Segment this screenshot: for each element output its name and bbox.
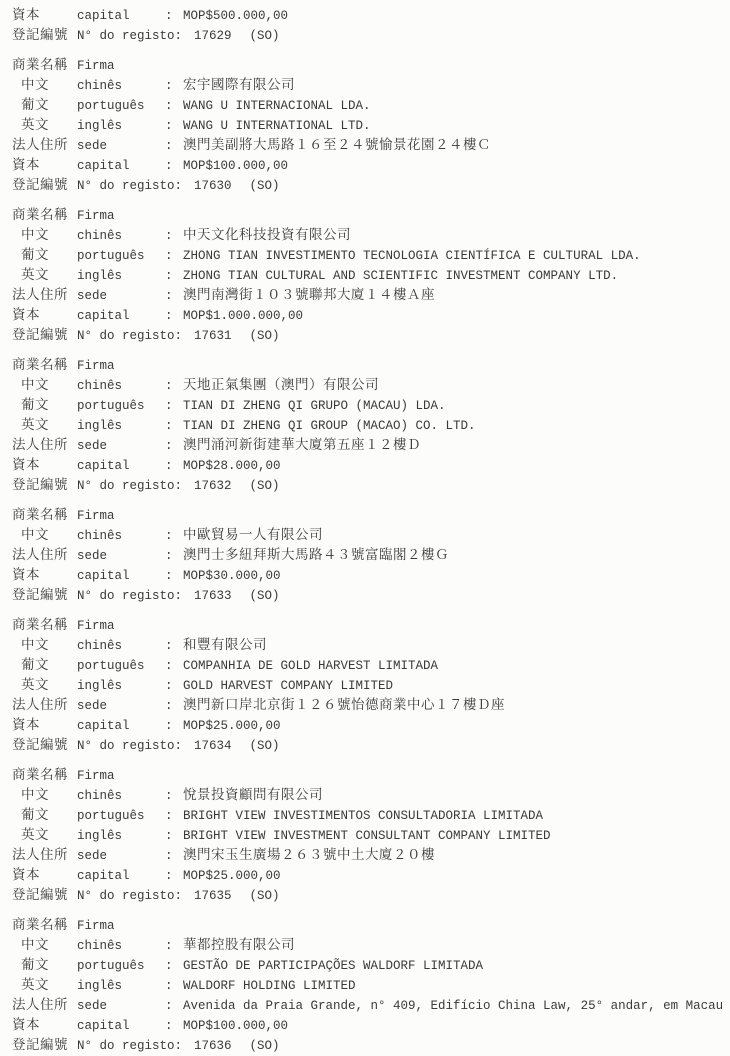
chinese-name-value: 中歐貿易一人有限公司 [183, 527, 724, 547]
english-label-zh: 英文 [12, 977, 77, 997]
sede-label-pt: sede [77, 696, 165, 716]
colon: : [165, 636, 183, 656]
portuguese-name-row: 葡文 português : GESTÃO DE PARTICIPAÇÕES W… [12, 956, 724, 976]
english-label-pt: inglês [77, 826, 165, 846]
capital-label-zh: 資本 [12, 457, 77, 477]
colon: : [165, 456, 183, 476]
chinese-name-value: 華都控股有限公司 [183, 937, 724, 957]
capital-row: 資本 capital : MOP$1.000.000,00 [12, 306, 724, 326]
portuguese-name-row: 葡文 português : WANG U INTERNACIONAL LDA. [12, 96, 724, 116]
capital-value: MOP$25.000,00 [183, 866, 724, 886]
english-name-row: 英文 inglês : ZHONG TIAN CULTURAL AND SCIE… [12, 266, 724, 286]
portuguese-label-zh: 葡文 [12, 807, 77, 827]
firma-row: 商業名稱 Firma [12, 766, 724, 786]
english-name-value: ZHONG TIAN CULTURAL AND SCIENTIFIC INVES… [183, 266, 724, 286]
capital-label-zh: 資本 [12, 7, 77, 27]
english-name-value: TIAN DI ZHENG QI GROUP (MACAO) CO. LTD. [183, 416, 724, 436]
colon: : [165, 416, 183, 436]
colon: : [165, 716, 183, 736]
registo-label-zh: 登記編號 [12, 27, 77, 47]
registo-row: 登記編號 N° do registo: 17629 (SO) [12, 26, 724, 46]
entry-block: 商業名稱 Firma 中文 chinês : 悅景投資顧問有限公司 葡文 por… [12, 766, 724, 906]
registo-number: 17632 [194, 476, 232, 496]
sede-row: 法人住所 sede : 澳門南灣街１０３號聯邦大廈１４樓Ａ座 [12, 286, 724, 306]
registo-label-pt: N° do registo: [77, 586, 182, 606]
portuguese-name-value: BRIGHT VIEW INVESTIMENTOS CONSULTADORIA … [183, 806, 724, 826]
chinese-label-zh: 中文 [12, 227, 77, 247]
chinese-label-zh: 中文 [12, 787, 77, 807]
firma-label-zh: 商業名稱 [12, 617, 77, 637]
english-name-value: WALDORF HOLDING LIMITED [183, 976, 724, 996]
sede-row: 法人住所 sede : 澳門士多紐拜斯大馬路４３號富臨閣２樓Ｇ [12, 546, 724, 566]
colon: : [165, 1016, 183, 1036]
firma-row: 商業名稱 Firma [12, 56, 724, 76]
firma-label-zh: 商業名稱 [12, 57, 77, 77]
portuguese-label-pt: português [77, 656, 165, 676]
capital-row: 資本 capital : MOP$500.000,00 [12, 6, 724, 26]
english-name-row: 英文 inglês : TIAN DI ZHENG QI GROUP (MACA… [12, 416, 724, 436]
registo-label-pt: N° do registo: [77, 326, 182, 346]
portuguese-label-pt: português [77, 806, 165, 826]
chinese-name-row: 中文 chinês : 華都控股有限公司 [12, 936, 724, 956]
registo-row: 登記編號 N° do registo: 17634 (SO) [12, 736, 724, 756]
english-label-zh: 英文 [12, 117, 77, 137]
sede-row: 法人住所 sede : 澳門美副將大馬路１６至２４號愉景花園２４樓Ｃ [12, 136, 724, 156]
chinese-label-pt: chinês [77, 76, 165, 96]
colon: : [165, 526, 183, 546]
portuguese-name-row: 葡文 português : TIAN DI ZHENG QI GRUPO (M… [12, 396, 724, 416]
registo-row: 登記編號 N° do registo: 17630 (SO) [12, 176, 724, 196]
firma-row: 商業名稱 Firma [12, 356, 724, 376]
registo-row: 登記編號 N° do registo: 17631 (SO) [12, 326, 724, 346]
firma-label-pt: Firma [77, 506, 165, 526]
colon: : [165, 6, 183, 26]
sede-label-zh: 法人住所 [12, 847, 77, 867]
english-label-pt: inglês [77, 266, 165, 286]
english-name-row: 英文 inglês : BRIGHT VIEW INVESTMENT CONSU… [12, 826, 724, 846]
chinese-label-pt: chinês [77, 786, 165, 806]
capital-value: MOP$500.000,00 [183, 6, 724, 26]
colon: : [165, 866, 183, 886]
english-name-value: BRIGHT VIEW INVESTMENT CONSULTANT COMPAN… [183, 826, 724, 846]
sede-value: 澳門涌河新街建華大廈第五座１２樓Ｄ [183, 437, 724, 457]
sede-row: 法人住所 sede : Avenida da Praia Grande, n° … [12, 996, 724, 1016]
english-label-zh: 英文 [12, 267, 77, 287]
firma-label-pt: Firma [77, 56, 165, 76]
chinese-name-row: 中文 chinês : 和豐有限公司 [12, 636, 724, 656]
chinese-label-pt: chinês [77, 526, 165, 546]
capital-row: 資本 capital : MOP$25.000,00 [12, 716, 724, 736]
chinese-label-zh: 中文 [12, 527, 77, 547]
registo-row: 登記編號 N° do registo: 17636 (SO) [12, 1036, 724, 1056]
registo-label-zh: 登記編號 [12, 737, 77, 757]
colon: : [165, 286, 183, 306]
colon: : [165, 826, 183, 846]
firma-label-zh: 商業名稱 [12, 767, 77, 787]
capital-label-zh: 資本 [12, 717, 77, 737]
capital-row: 資本 capital : MOP$28.000,00 [12, 456, 724, 476]
registo-label-zh: 登記編號 [12, 327, 77, 347]
chinese-name-row: 中文 chinês : 中歐貿易一人有限公司 [12, 526, 724, 546]
capital-row: 資本 capital : MOP$30.000,00 [12, 566, 724, 586]
portuguese-label-pt: português [77, 956, 165, 976]
capital-value: MOP$100.000,00 [183, 156, 724, 176]
colon: : [165, 436, 183, 456]
sede-label-pt: sede [77, 436, 165, 456]
capital-value: MOP$1.000.000,00 [183, 306, 724, 326]
chinese-label-zh: 中文 [12, 637, 77, 657]
chinese-label-pt: chinês [77, 376, 165, 396]
registo-label-zh: 登記編號 [12, 587, 77, 607]
firma-row: 商業名稱 Firma [12, 506, 724, 526]
firma-label-zh: 商業名稱 [12, 917, 77, 937]
sede-row: 法人住所 sede : 澳門宋玉生廣場２６３號中土大廈２０樓 [12, 846, 724, 866]
capital-label-zh: 資本 [12, 307, 77, 327]
registo-row: 登記編號 N° do registo: 17635 (SO) [12, 886, 724, 906]
english-label-pt: inglês [77, 416, 165, 436]
colon: : [165, 956, 183, 976]
registo-label-pt: N° do registo: [77, 476, 182, 496]
english-label-pt: inglês [77, 976, 165, 996]
chinese-name-value: 悅景投資顧問有限公司 [183, 787, 724, 807]
firma-row: 商業名稱 Firma [12, 916, 724, 936]
registo-number: 17636 [194, 1036, 232, 1056]
entry-block: 商業名稱 Firma 中文 chinês : 宏宇國際有限公司 葡文 portu… [12, 56, 724, 196]
sede-row: 法人住所 sede : 澳門涌河新街建華大廈第五座１２樓Ｄ [12, 436, 724, 456]
registo-number: 17635 [194, 886, 232, 906]
colon: : [165, 136, 183, 156]
sede-value: 澳門宋玉生廣場２６３號中土大廈２０樓 [183, 847, 724, 867]
portuguese-name-value: GESTÃO DE PARTICIPAÇÕES WALDORF LIMITADA [183, 956, 724, 976]
registo-suffix: (SO) [250, 176, 280, 196]
capital-label-zh: 資本 [12, 567, 77, 587]
sede-label-zh: 法人住所 [12, 137, 77, 157]
capital-label-pt: capital [77, 456, 165, 476]
registo-suffix: (SO) [250, 476, 280, 496]
registo-number: 17630 [194, 176, 232, 196]
sede-value: 澳門新口岸北京街１２６號怡德商業中心１７樓Ｄ座 [183, 697, 724, 717]
chinese-name-value: 宏宇國際有限公司 [183, 77, 724, 97]
registo-label-zh: 登記編號 [12, 477, 77, 497]
registo-number: 17634 [194, 736, 232, 756]
registo-label-zh: 登記編號 [12, 887, 77, 907]
registo-suffix: (SO) [250, 26, 280, 46]
english-label-zh: 英文 [12, 677, 77, 697]
english-label-zh: 英文 [12, 417, 77, 437]
english-name-row: 英文 inglês : WALDORF HOLDING LIMITED [12, 976, 724, 996]
registo-number: 17633 [194, 586, 232, 606]
sede-label-zh: 法人住所 [12, 697, 77, 717]
registo-suffix: (SO) [250, 736, 280, 756]
firma-label-pt: Firma [77, 916, 165, 936]
colon: : [165, 656, 183, 676]
colon: : [165, 96, 183, 116]
registo-suffix: (SO) [250, 326, 280, 346]
sede-value: Avenida da Praia Grande, n° 409, Edifíci… [183, 996, 724, 1016]
firma-label-zh: 商業名稱 [12, 507, 77, 527]
entry-block: 商業名稱 Firma 中文 chinês : 中天文化科技投資有限公司 葡文 p… [12, 206, 724, 346]
registo-number: 17629 [194, 26, 232, 46]
firma-label-pt: Firma [77, 206, 165, 226]
chinese-name-value: 天地正氣集團（澳門）有限公司 [183, 377, 724, 397]
colon: : [165, 846, 183, 866]
registo-label-pt: N° do registo: [77, 1036, 182, 1056]
chinese-name-value: 和豐有限公司 [183, 637, 724, 657]
portuguese-label-pt: português [77, 246, 165, 266]
registo-label-pt: N° do registo: [77, 26, 182, 46]
registo-suffix: (SO) [250, 1036, 280, 1056]
chinese-name-row: 中文 chinês : 悅景投資顧問有限公司 [12, 786, 724, 806]
english-name-row: 英文 inglês : GOLD HARVEST COMPANY LIMITED [12, 676, 724, 696]
chinese-label-pt: chinês [77, 936, 165, 956]
sede-value: 澳門士多紐拜斯大馬路４３號富臨閣２樓Ｇ [183, 547, 724, 567]
english-label-pt: inglês [77, 116, 165, 136]
portuguese-name-value: WANG U INTERNACIONAL LDA. [183, 96, 724, 116]
colon: : [165, 806, 183, 826]
colon: : [165, 376, 183, 396]
colon: : [165, 566, 183, 586]
sede-label-zh: 法人住所 [12, 997, 77, 1017]
firma-label-pt: Firma [77, 766, 165, 786]
chinese-name-row: 中文 chinês : 天地正氣集團（澳門）有限公司 [12, 376, 724, 396]
capital-label-zh: 資本 [12, 1017, 77, 1037]
colon: : [165, 306, 183, 326]
sede-value: 澳門美副將大馬路１６至２４號愉景花園２４樓Ｃ [183, 137, 724, 157]
portuguese-name-row: 葡文 português : ZHONG TIAN INVESTIMENTO T… [12, 246, 724, 266]
chinese-name-value: 中天文化科技投資有限公司 [183, 227, 724, 247]
portuguese-label-zh: 葡文 [12, 97, 77, 117]
colon: : [165, 936, 183, 956]
capital-label-pt: capital [77, 566, 165, 586]
registo-label-zh: 登記編號 [12, 177, 77, 197]
portuguese-label-zh: 葡文 [12, 247, 77, 267]
sede-label-pt: sede [77, 996, 165, 1016]
firma-label-pt: Firma [77, 616, 165, 636]
colon: : [165, 786, 183, 806]
portuguese-name-value: COMPANHIA DE GOLD HARVEST LIMITADA [183, 656, 724, 676]
entry-block: 商業名稱 Firma 中文 chinês : 華都控股有限公司 葡文 portu… [12, 916, 724, 1056]
sede-label-zh: 法人住所 [12, 287, 77, 307]
capital-value: MOP$28.000,00 [183, 456, 724, 476]
sede-label-zh: 法人住所 [12, 437, 77, 457]
portuguese-name-value: ZHONG TIAN INVESTIMENTO TECNOLOGIA CIENT… [183, 246, 724, 266]
chinese-label-zh: 中文 [12, 937, 77, 957]
colon: : [165, 156, 183, 176]
chinese-name-row: 中文 chinês : 中天文化科技投資有限公司 [12, 226, 724, 246]
capital-label-zh: 資本 [12, 867, 77, 887]
capital-label-pt: capital [77, 716, 165, 736]
firma-label-zh: 商業名稱 [12, 357, 77, 377]
registo-suffix: (SO) [250, 586, 280, 606]
firma-label-pt: Firma [77, 356, 165, 376]
english-label-pt: inglês [77, 676, 165, 696]
registo-suffix: (SO) [250, 886, 280, 906]
chinese-label-zh: 中文 [12, 77, 77, 97]
capital-row: 資本 capital : MOP$25.000,00 [12, 866, 724, 886]
capital-label-pt: capital [77, 866, 165, 886]
english-name-value: GOLD HARVEST COMPANY LIMITED [183, 676, 724, 696]
gazette-page: 資本 capital : MOP$500.000,00 登記編號 N° do r… [0, 0, 730, 1056]
colon: : [165, 396, 183, 416]
colon: : [165, 76, 183, 96]
firma-row: 商業名稱 Firma [12, 616, 724, 636]
capital-row: 資本 capital : MOP$100.000,00 [12, 1016, 724, 1036]
registo-label-zh: 登記編號 [12, 1037, 77, 1056]
registo-row: 登記編號 N° do registo: 17633 (SO) [12, 586, 724, 606]
capital-label-pt: capital [77, 6, 165, 26]
sede-value: 澳門南灣街１０３號聯邦大廈１４樓Ａ座 [183, 287, 724, 307]
portuguese-name-value: TIAN DI ZHENG QI GRUPO (MACAU) LDA. [183, 396, 724, 416]
registo-row: 登記編號 N° do registo: 17632 (SO) [12, 476, 724, 496]
sede-label-pt: sede [77, 136, 165, 156]
sede-label-pt: sede [77, 286, 165, 306]
colon: : [165, 246, 183, 266]
capital-label-pt: capital [77, 1016, 165, 1036]
portuguese-label-zh: 葡文 [12, 657, 77, 677]
portuguese-label-pt: português [77, 96, 165, 116]
chinese-label-pt: chinês [77, 636, 165, 656]
firma-row: 商業名稱 Firma [12, 206, 724, 226]
entry-block-partial: 資本 capital : MOP$500.000,00 登記編號 N° do r… [12, 6, 724, 46]
registo-label-pt: N° do registo: [77, 176, 182, 196]
colon: : [165, 546, 183, 566]
sede-row: 法人住所 sede : 澳門新口岸北京街１２６號怡德商業中心１７樓Ｄ座 [12, 696, 724, 716]
firma-label-zh: 商業名稱 [12, 207, 77, 227]
colon: : [165, 116, 183, 136]
chinese-label-zh: 中文 [12, 377, 77, 397]
capital-label-zh: 資本 [12, 157, 77, 177]
english-name-value: WANG U INTERNATIONAL LTD. [183, 116, 724, 136]
colon: : [165, 976, 183, 996]
capital-label-pt: capital [77, 306, 165, 326]
colon: : [165, 996, 183, 1016]
registo-label-pt: N° do registo: [77, 736, 182, 756]
portuguese-label-zh: 葡文 [12, 397, 77, 417]
entry-block: 商業名稱 Firma 中文 chinês : 和豐有限公司 葡文 portugu… [12, 616, 724, 756]
entry-block: 商業名稱 Firma 中文 chinês : 中歐貿易一人有限公司 法人住所 s… [12, 506, 724, 606]
colon: : [165, 226, 183, 246]
capital-row: 資本 capital : MOP$100.000,00 [12, 156, 724, 176]
capital-value: MOP$30.000,00 [183, 566, 724, 586]
capital-label-pt: capital [77, 156, 165, 176]
sede-label-zh: 法人住所 [12, 547, 77, 567]
entry-block: 商業名稱 Firma 中文 chinês : 天地正氣集團（澳門）有限公司 葡文… [12, 356, 724, 496]
colon: : [165, 676, 183, 696]
portuguese-name-row: 葡文 português : BRIGHT VIEW INVESTIMENTOS… [12, 806, 724, 826]
sede-label-pt: sede [77, 846, 165, 866]
portuguese-name-row: 葡文 português : COMPANHIA DE GOLD HARVEST… [12, 656, 724, 676]
english-name-row: 英文 inglês : WANG U INTERNATIONAL LTD. [12, 116, 724, 136]
capital-value: MOP$100.000,00 [183, 1016, 724, 1036]
registo-number: 17631 [194, 326, 232, 346]
sede-label-pt: sede [77, 546, 165, 566]
chinese-name-row: 中文 chinês : 宏宇國際有限公司 [12, 76, 724, 96]
registo-label-pt: N° do registo: [77, 886, 182, 906]
chinese-label-pt: chinês [77, 226, 165, 246]
colon: : [165, 696, 183, 716]
portuguese-label-zh: 葡文 [12, 957, 77, 977]
colon: : [165, 266, 183, 286]
english-label-zh: 英文 [12, 827, 77, 847]
capital-value: MOP$25.000,00 [183, 716, 724, 736]
portuguese-label-pt: português [77, 396, 165, 416]
